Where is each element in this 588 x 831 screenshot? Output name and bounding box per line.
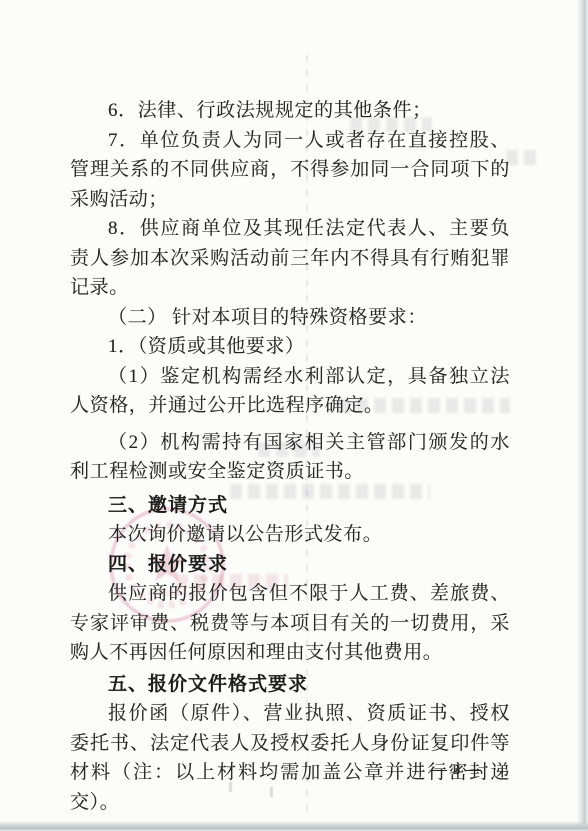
scan-edge-bottom	[0, 821, 588, 831]
scan-edge-right	[577, 0, 588, 831]
item-1-2-certificate: （2）机构需持有国家相关主管部门颁发的水利工程检测或安全鉴定资质证书。	[70, 428, 510, 487]
item-1-1-appraisal-body: （1）鉴定机构需经水利部认定，具备独立法人资格，并通过公开比选程序确定。	[70, 362, 510, 421]
section-3-heading-invitation-method: 三、邀请方式	[70, 491, 510, 521]
clause-8: 8．供应商单位及其现任法定代表人、主要负责人参加本次采购活动前三年内不得具有行贿…	[70, 214, 510, 303]
section-4-body: 供应商的报价包含但不限于人工费、差旅费、专家评审费、税费等与本项目有关的一切费用…	[70, 579, 510, 668]
page-number: — 3 —	[432, 762, 482, 779]
clause-6: 6．法律、行政法规规定的其他条件；	[70, 96, 510, 126]
document-page: 6．法律、行政法规规定的其他条件； 7．单位负责人为同一人或者存在直接控股、管理…	[0, 0, 588, 831]
section-4-heading-quotation-requirements: 四、报价要求	[70, 550, 510, 580]
section-5-body: 报价函（原件）、营业执照、资质证书、授权委托书、法定代表人及授权委托人身份证复印…	[70, 699, 510, 817]
section-2-special-requirements: （二） 针对本项目的特殊资格要求：	[70, 303, 510, 333]
document-content: 6．法律、行政法规规定的其他条件； 7．单位负责人为同一人或者存在直接控股、管理…	[70, 96, 510, 817]
section-3-body: 本次询价邀请以公告形式发布。	[70, 520, 510, 550]
clause-7: 7．单位负责人为同一人或者存在直接控股、管理关系的不同供应商，不得参加同一合同项…	[70, 126, 510, 215]
section-5-heading-quotation-document-format: 五、报价文件格式要求	[70, 670, 510, 700]
bleedthrough-artifact	[506, 150, 536, 165]
item-1-qualification: 1．（资质或其他要求）	[70, 332, 510, 362]
